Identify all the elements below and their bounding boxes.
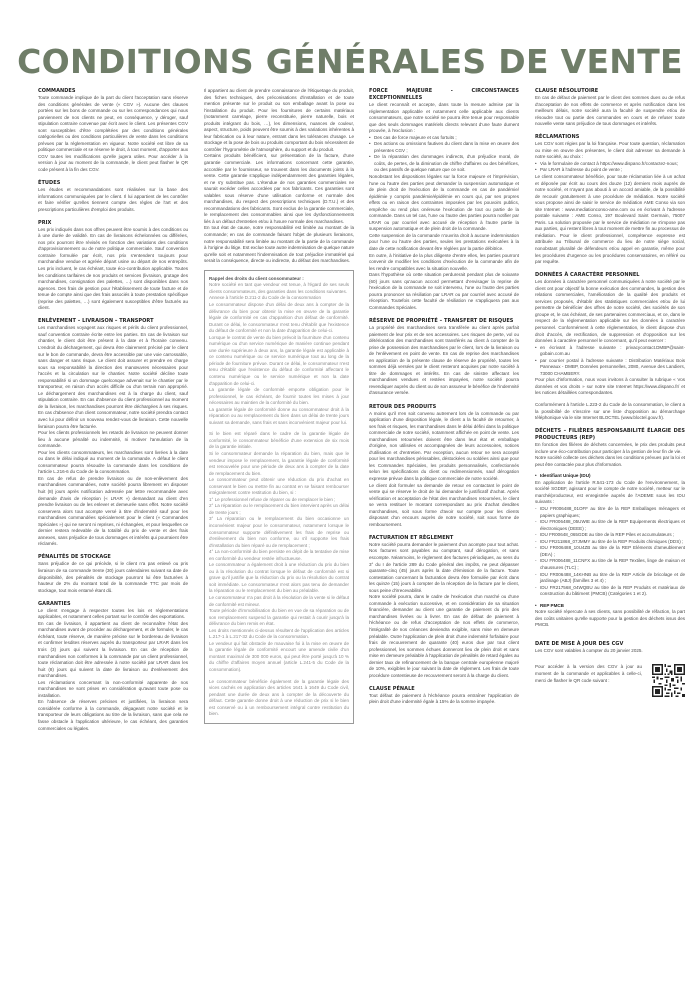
paragraph: Notre société en tant que vendeur est te… [209, 282, 349, 295]
list-item: par courrier postal à l'adresse suivante… [535, 358, 685, 378]
column-3: FORCE MAJEURE - CIRCONSTANCES EXCEPTIONN… [369, 88, 519, 706]
paragraph: En tout état de cause, notre responsabil… [204, 225, 354, 264]
paragraph: Les données à caractère personnel commun… [535, 279, 685, 344]
paragraph: Notre société pourra demander le paiemen… [369, 542, 519, 594]
section-heading-garanties: GARANTIES [38, 601, 188, 608]
qr-section: Pour accéder à la version des CGV à jour… [535, 664, 685, 697]
paragraph: En outre, à l'initiative de la plus dili… [369, 253, 519, 273]
paragraph: Les réclamations concernant la non-confo… [38, 680, 188, 700]
list-item: en écrivant à l'adresse suivante : priva… [535, 345, 685, 358]
paragraph: Lorsque le contrat de vente du bien prév… [209, 335, 349, 387]
section-heading-retour-produits: RETOUR DES PRODUITS [369, 404, 519, 411]
paragraph: Le consommateur bénéficie également de l… [209, 679, 349, 718]
paragraph: Toute commande implique de la part du cl… [38, 95, 188, 174]
list-item-pmcb-title: REP PMCB [535, 603, 685, 610]
bullet-list: Via le formulaire de contact à https://w… [535, 161, 685, 174]
list-item: IDU FR006488_01OFF au titre de la REP Em… [535, 506, 685, 519]
paragraph: Le client doit formuler sa demande de re… [369, 483, 519, 529]
paragraph: La garantie légale de conformité donne a… [209, 407, 349, 427]
paragraph: Notre société répercute à ses clients, s… [535, 609, 685, 629]
column-4: CLAUSE RÉSOLUTOIRE En cas de défaut de p… [535, 88, 685, 697]
paragraph: Les CGV sont valables à compter du 20 ja… [535, 648, 685, 655]
section-heading-etudes: ÉTUDES [38, 180, 188, 187]
paragraph: Pour plus d'information, nous vous invit… [535, 377, 685, 397]
list-item: IDU FR217568_04WQBU au titre de la REP P… [535, 585, 685, 598]
section-heading-force-majeure: FORCE MAJEURE - CIRCONSTANCES EXCEPTIONN… [369, 88, 519, 102]
section-heading-reserve-propriete: RÉSERVE DE PROPRIÉTÉ – TRANSFERT DE RISQ… [369, 318, 519, 325]
paragraph: Cette suspension de la commande n'ouvrir… [369, 233, 519, 253]
paragraph: Toute période d'immobilisation du bien e… [209, 608, 349, 628]
section-heading-facturation: FACTURATION ET RÈGLEMENT [369, 535, 519, 542]
paragraph: Certains produits bénéficient, sur prése… [204, 153, 354, 225]
section-heading-clause-penale: CLAUSE PÉNALE [369, 686, 519, 693]
paragraph: En l'absence de réserves précises et jus… [38, 699, 188, 732]
list-item-idu-title: Identifiant Unique (IDU) [535, 473, 685, 480]
column-1: COMMANDES Toute commande implique de la … [38, 88, 188, 732]
list-item: Des actions ou omissions fautives du cli… [369, 141, 519, 154]
paragraph: Les prix indiqués dans nos offres peuven… [38, 227, 188, 312]
list-item: IDU FR006488_05UWIE au titre de la REP E… [535, 519, 685, 532]
paragraph: 3° La réparation ou le remplacement du b… [209, 516, 349, 549]
paragraph: Il appartient au client de prendre conna… [204, 88, 354, 153]
paragraph: Pour les clients consommateurs, les marc… [38, 450, 188, 476]
paragraph: Si le consommateur demande la réparation… [209, 451, 349, 477]
paragraph: En cas de refus de prendre livraison ou … [38, 476, 188, 548]
section-heading-clause-resolutoire: CLAUSE RÉSOLUTOIRE [535, 88, 685, 95]
paragraph: Les marchandises voyagent aux risques et… [38, 325, 188, 430]
section-heading-reclamations: RÉCLAMATIONS [535, 134, 685, 141]
section-heading-donnees-personnelles: DONNÉES À CARACTÈRE PERSONNEL [535, 272, 685, 279]
section-heading-dechets: DÉCHETS – FILIÈRES RESPONSABILITÉ ÉLARGI… [535, 428, 685, 442]
qr-instructions: Pour accéder à la version des CGV à jour… [535, 664, 652, 684]
bullet-list: REP PMCB [535, 603, 685, 610]
paragraph: En application de l'article R.541-173 du… [535, 480, 685, 506]
paragraph: Le consommateur a également droit à une … [209, 562, 349, 595]
paragraph: En cas de livraison, il appartient au cl… [38, 621, 188, 680]
paragraph: 4° La non-conformité du bien persiste en… [209, 549, 349, 562]
paragraph: 2° La réparation ou le remplacement du b… [209, 503, 349, 516]
section-heading-penalites: PÉNALITÉS DE STOCKAGE [38, 554, 188, 561]
idu-list: IDU FR006488_01OFF au titre de la REP Em… [535, 506, 685, 598]
paragraph: Dans l'hypothèse où cette situation perd… [369, 272, 519, 311]
bullet-list: en écrivant à l'adresse suivante : priva… [535, 345, 685, 378]
paragraph: Le consommateur peut obtenir une réducti… [209, 477, 349, 497]
paragraph: Si le bien est réparé dans le cadre de l… [209, 431, 349, 451]
paragraph: Notre société collecte ces déchets dans … [535, 455, 685, 468]
paragraph: Le client s'engage à respecter toutes le… [38, 608, 188, 621]
paragraph: Sans préjudice de ce qui précède, si le … [38, 561, 188, 594]
section-heading-date-mise-a-jour: DATE DE MISE À JOUR DES CGV [535, 641, 685, 648]
paragraph: Nonobstant les dispositions légales sur … [369, 174, 519, 233]
section-heading-commandes: COMMANDES [38, 88, 188, 95]
paragraph: Notre société pourra, dans le cadre de l… [369, 594, 519, 679]
consumer-rights-box: Rappel des droits du client consommateur… [204, 270, 354, 724]
paragraph: Le client consommateur bénéficie, pour t… [535, 174, 685, 266]
paragraph: Tout défaut de paiement à l'échéance pou… [369, 693, 519, 706]
paragraph: Le vendeur qui fait obstacle de mauvaise… [209, 641, 349, 674]
bullet-list: Identifiant Unique (IDU) [535, 473, 685, 480]
bullet-list: Des cas de force majeure et cas fortuits… [369, 135, 519, 174]
list-item: IDU FR006488_14KHNB au titre de la REP A… [535, 572, 685, 585]
paragraph: La garantie légale de conformité emporte… [209, 387, 349, 407]
paragraph: A moins qu'il n'en soit convenu autremen… [369, 411, 519, 483]
paragraph: Le consommateur n'a pas droit à la résol… [209, 595, 349, 608]
qr-code-icon[interactable] [652, 664, 685, 697]
column-2: Il appartient au client de prendre conna… [204, 88, 354, 724]
list-item: IDU FR006488_10U4ZB au titre de la REP E… [535, 545, 685, 558]
paragraph: Les CGV sont régies par la loi française… [535, 141, 685, 161]
list-item: Par LRAR à l'adresse du point de vente ; [535, 167, 685, 174]
paragraph: Pour les clients professionnels les reta… [38, 430, 188, 450]
page-title: CONDITIONS GÉNÉRALES DE VENTE [0, 43, 700, 81]
paragraph: Conformément à l'article L.223-2 du Code… [535, 402, 685, 422]
document-body: COMMANDES Toute commande implique de la … [38, 88, 665, 988]
paragraph: En fonction des filières de déchets conc… [535, 442, 685, 455]
paragraph: Le consommateur dispose d'un délai de de… [209, 302, 349, 335]
paragraph: La propriété des marchandises sera trans… [369, 325, 519, 397]
paragraph: Les droits mentionnés ci-dessus résulten… [209, 628, 349, 641]
list-item: De la réparation des dommages indirects,… [369, 154, 519, 174]
paragraph: Le client reconnaît et accepte, dans tou… [369, 102, 519, 135]
section-heading-enlevement: ENLÈVEMENT – LIVRAISON – TRANSPORT [38, 318, 188, 325]
paragraph: En cas de défaut de paiement par le clie… [535, 95, 685, 128]
paragraph: Les études et recommandations sont réali… [38, 187, 188, 213]
list-item: IDU FR006488_11CNFX au titre de la REP T… [535, 558, 685, 571]
section-heading-prix: PRIX [38, 220, 188, 227]
